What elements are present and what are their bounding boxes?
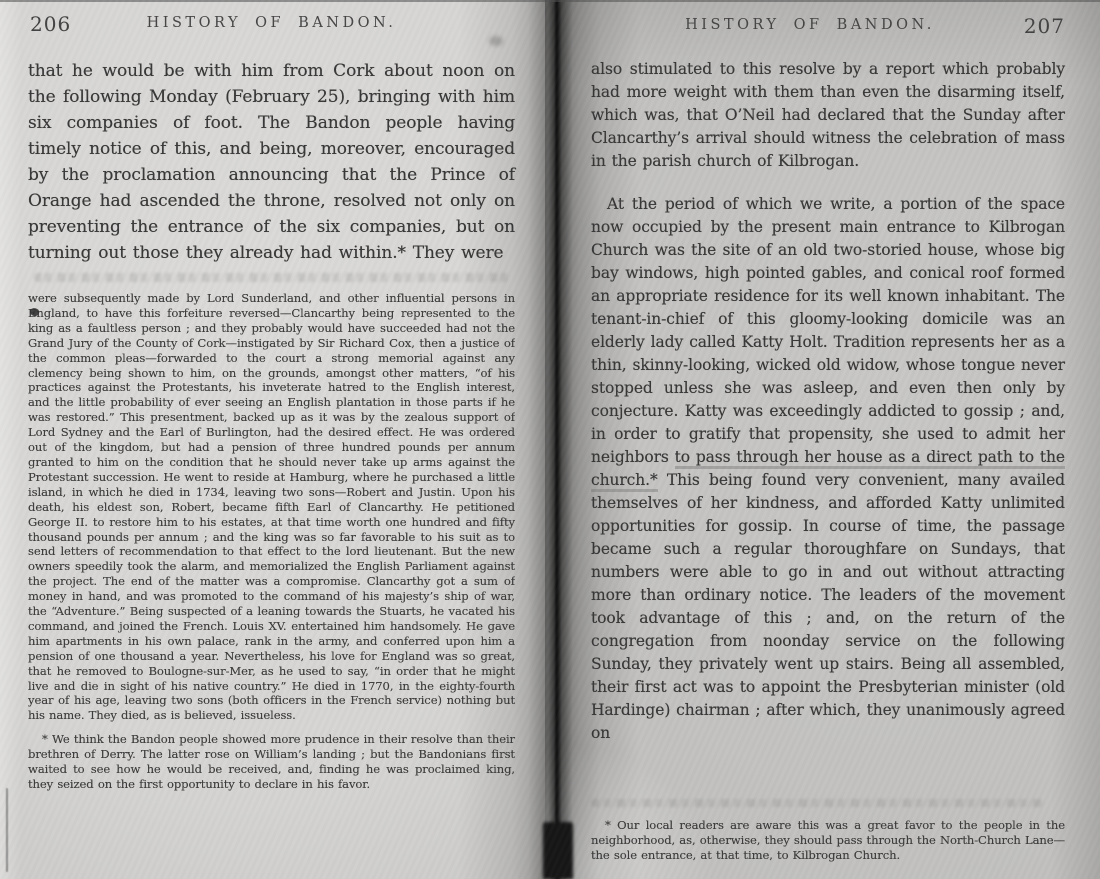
right-page-header: HISTORY OF BANDON. 207: [591, 14, 1065, 38]
left-running-head: HISTORY OF BANDON.: [28, 15, 515, 31]
left-body-paragraph: that he would be with him from Cork abou…: [28, 58, 515, 266]
right-page-content: HISTORY OF BANDON. 207 also stimulated t…: [591, 14, 1065, 745]
bleed-through-text-right: [591, 799, 1043, 807]
bleed-through-text-left: [34, 273, 509, 282]
left-footnote-continuation: were subsequently made by Lord Sunderlan…: [28, 291, 515, 723]
right-paragraph-1: also stimulated to this resolve by a rep…: [591, 58, 1065, 173]
right-footnote-star: * Our local readers are aware this was a…: [591, 818, 1065, 863]
left-footnote-star: * We think the Bandon people showed more…: [28, 732, 515, 792]
right-running-head: HISTORY OF BANDON.: [591, 17, 1029, 33]
left-page-header: 206 HISTORY OF BANDON.: [28, 12, 515, 36]
margin-scratch-mark: [6, 788, 8, 872]
right-page-number: 207: [1024, 14, 1065, 38]
right-paragraph-2-text: At the period of which we write, a porti…: [591, 195, 1065, 466]
right-paragraph-2-continuation: This being found very convenient, many a…: [591, 471, 1065, 742]
scan-top-edge: [0, 0, 1100, 2]
left-page-content: 206 HISTORY OF BANDON. that he would be …: [28, 12, 515, 792]
right-paragraph-2: At the period of which we write, a porti…: [591, 193, 1065, 745]
book-scan-spread: 206 HISTORY OF BANDON. that he would be …: [0, 0, 1100, 879]
paper-smudge: [489, 36, 503, 46]
left-page: 206 HISTORY OF BANDON. that he would be …: [0, 0, 545, 879]
